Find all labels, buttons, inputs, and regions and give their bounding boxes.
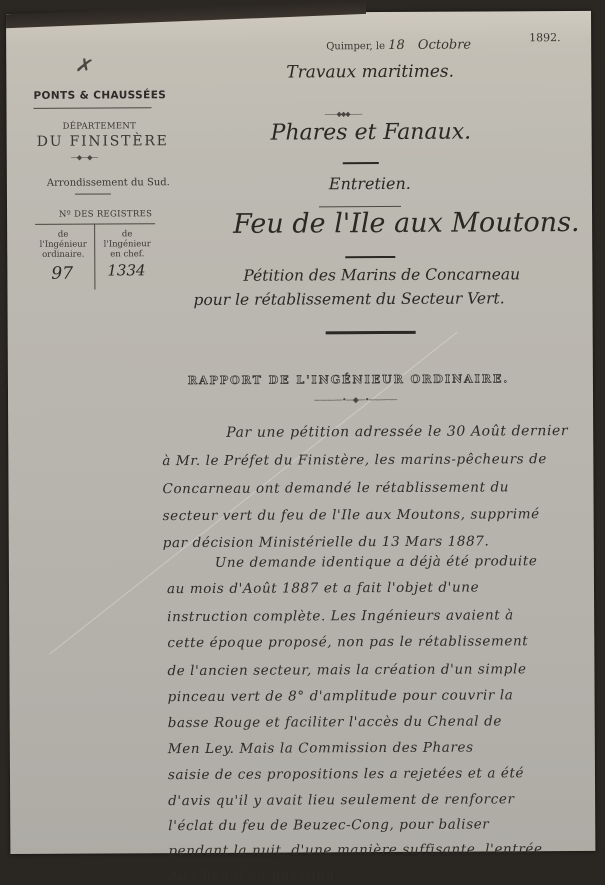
register-label-line: en chef.: [99, 249, 155, 259]
document-title: Feu de l'Ile aux Moutons.: [233, 207, 580, 240]
body-line: pinceau vert de 8° d'amplitude pour couv…: [168, 687, 514, 705]
arrondissement: Arrondissement du Sud.: [47, 177, 170, 189]
body-line: par décision Ministérielle du 13 Mars 18…: [163, 533, 490, 551]
register-label-line: ordinaire.: [34, 250, 92, 260]
body-line: instruction complète. Les Ingénieurs ava…: [167, 607, 514, 625]
register-label-line: de l'Ingénieur: [34, 230, 92, 250]
ornament-divider: ——◆◆◆——: [325, 110, 362, 118]
petition-line-1: Pétition des Marins de Concarneau: [243, 265, 520, 284]
petition-line-2: pour le rétablissement du Secteur Vert.: [193, 289, 504, 309]
subject-heading: Phares et Fanaux.: [271, 120, 472, 146]
register-chief-number: 1334: [107, 261, 145, 279]
dateline-month: Octobre: [418, 38, 471, 53]
heading-rule: [343, 162, 379, 164]
department-label: DÉPARTEMENT: [63, 121, 137, 131]
dateline: Quimper, le 18 Octobre: [326, 38, 471, 54]
body-line: l'éclat du feu de Beuzec-Cong, pour bali…: [168, 816, 489, 834]
category-heading: Entretien.: [329, 174, 411, 193]
letterhead-rule: [33, 107, 151, 109]
body-line: pendant la nuit, d'une manière suffisant…: [168, 841, 542, 847]
report-title: RAPPORT DE L'INGÉNIEUR ORDINAIRE.: [188, 372, 509, 387]
heading-rule: [326, 331, 416, 334]
body-line: Men Ley. Mais la Commission des Phares: [168, 740, 474, 758]
body-line: au mois d'Août 1887 et a fait l'objet d'…: [167, 580, 479, 598]
dateline-place: Quimper, le: [326, 41, 385, 52]
body-line: saisie de ces propositions les a rejetée…: [168, 765, 524, 783]
body-line: basse Rouge et faciliter l'accès du Chen…: [168, 713, 502, 731]
department-name: DU FINISTÈRE: [37, 133, 169, 150]
ornament-divider: —◆—◆—: [71, 154, 98, 162]
register-ordinary-number: 97: [51, 264, 73, 284]
registers-divider: [94, 224, 95, 290]
dateline-year: 1892.: [529, 31, 561, 44]
body-line: Concarneau ont demandé le rétablissement…: [162, 479, 509, 497]
body-line: à Mr. le Préfet du Finistère, les marins…: [162, 451, 547, 469]
body-line: secteur vert du feu de l'Ile aux Moutons…: [163, 506, 540, 524]
register-label-line: de l'Ingénieur: [99, 229, 155, 249]
ornament-divider: ————•—◆—•————: [314, 395, 397, 404]
body-line: d'avis qu'il y avait lieu seulement de r…: [168, 791, 514, 809]
register-chief-label: de l'Ingénieur en chef.: [99, 229, 155, 259]
body-line: cette époque proposé, non pas le rétabli…: [167, 633, 528, 651]
body-line: Par une pétition adressée le 30 Août der…: [226, 423, 568, 441]
dateline-day: 18: [388, 38, 405, 53]
pencil-cross-mark: ✗: [74, 52, 96, 79]
register-ordinary-label: de l'Ingénieur ordinaire.: [34, 230, 92, 260]
document-page: ✗ PONTS & CHAUSSÉES DÉPARTEMENT DU FINIS…: [6, 11, 595, 847]
body-line: de l'ancien secteur, mais la création d'…: [167, 661, 526, 679]
section-heading: Travaux maritimes.: [286, 62, 454, 83]
letterhead-rule: [75, 193, 111, 194]
body-line: Une demande identique a déjà été produit…: [215, 553, 538, 571]
service-name: PONTS & CHAUSSÉES: [33, 89, 166, 102]
registers-heading: Nº DES REGISTRES: [59, 209, 152, 219]
heading-rule: [345, 256, 395, 258]
